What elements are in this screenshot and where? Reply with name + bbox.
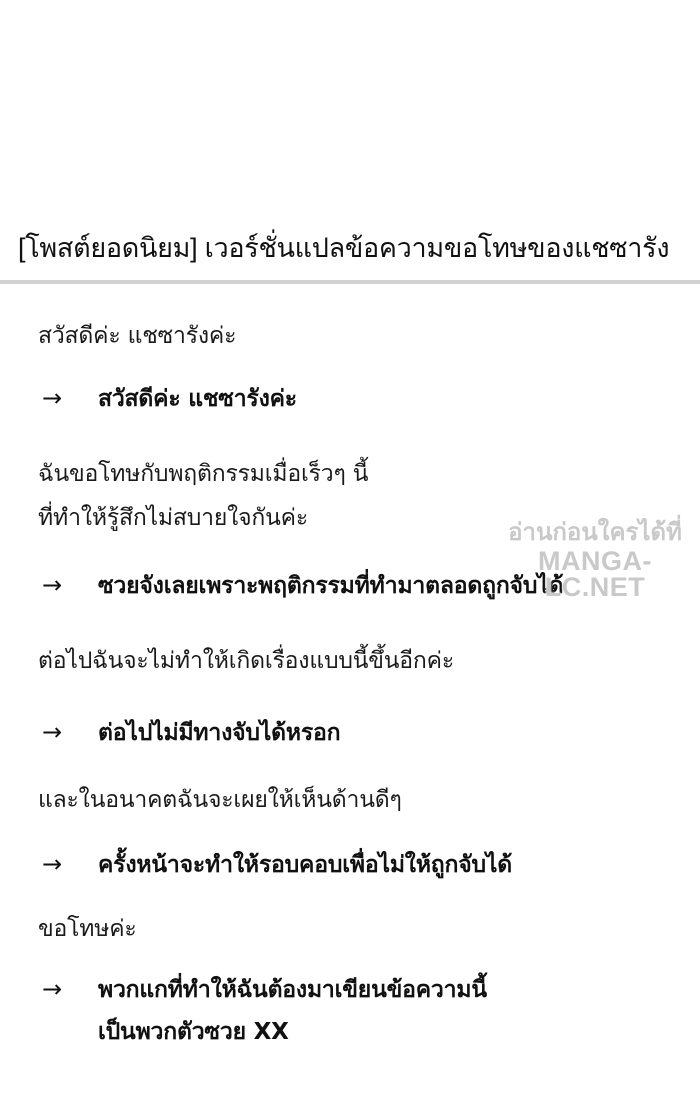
- original-line: ที่ทำให้รู้สึกไม่สบายใจกันค่ะ: [38, 499, 308, 537]
- translation-row: → สวัสดีค่ะ แชซารังค่ะ: [42, 378, 297, 420]
- translation-row: → ต่อไปไม่มีทางจับได้หรอก: [42, 712, 340, 754]
- translation-row: → พวกแกที่ทำให้ฉันต้องมาเขียนข้อความนี้ …: [42, 969, 487, 1053]
- translation-block: พวกแกที่ทำให้ฉันต้องมาเขียนข้อความนี้ เป…: [98, 969, 487, 1053]
- translation-line: เป็นพวกตัวซวย XX: [98, 1011, 487, 1053]
- title-divider: [0, 280, 700, 284]
- post-title: [โพสต์ยอดนิยม] เวอร์ชั่นแปลข้อความขอโทษข…: [18, 228, 698, 268]
- translation-row: → ครั้งหน้าจะทำให้รอบคอบเพื่อไม่ให้ถูกจั…: [42, 844, 512, 886]
- translation-line: ครั้งหน้าจะทำให้รอบคอบเพื่อไม่ให้ถูกจับไ…: [98, 844, 512, 886]
- arrow-right-icon: →: [42, 565, 98, 605]
- original-line: สวัสดีค่ะ แชซารังค่ะ: [38, 317, 236, 355]
- translation-line: ซวยจังเลยเพราะพฤติกรรมที่ทำมาตลอดถูกจับไ…: [98, 565, 563, 607]
- arrow-right-icon: →: [42, 844, 98, 884]
- translation-row: → ซวยจังเลยเพราะพฤติกรรมที่ทำมาตลอดถูกจั…: [42, 565, 563, 607]
- translation-line: พวกแกที่ทำให้ฉันต้องมาเขียนข้อความนี้: [98, 969, 487, 1011]
- arrow-right-icon: →: [42, 969, 98, 1009]
- original-line: ต่อไปฉันจะไม่ทำให้เกิดเรื่องแบบนี้ขึ้นอี…: [38, 642, 454, 680]
- watermark-line-1: อ่านก่อนใครได้ที่: [492, 518, 698, 548]
- arrow-right-icon: →: [42, 712, 98, 752]
- translation-line: ต่อไปไม่มีทางจับได้หรอก: [98, 712, 340, 754]
- original-line: และในอนาคตฉันจะเผยให้เห็นด้านดีๆ: [38, 781, 402, 819]
- arrow-right-icon: →: [42, 378, 98, 418]
- original-line: ฉันขอโทษกับพฤติกรรมเมื่อเร็วๆ นี้: [38, 455, 368, 493]
- translation-line: สวัสดีค่ะ แชซารังค่ะ: [98, 378, 297, 420]
- original-line: ขอโทษค่ะ: [38, 910, 137, 948]
